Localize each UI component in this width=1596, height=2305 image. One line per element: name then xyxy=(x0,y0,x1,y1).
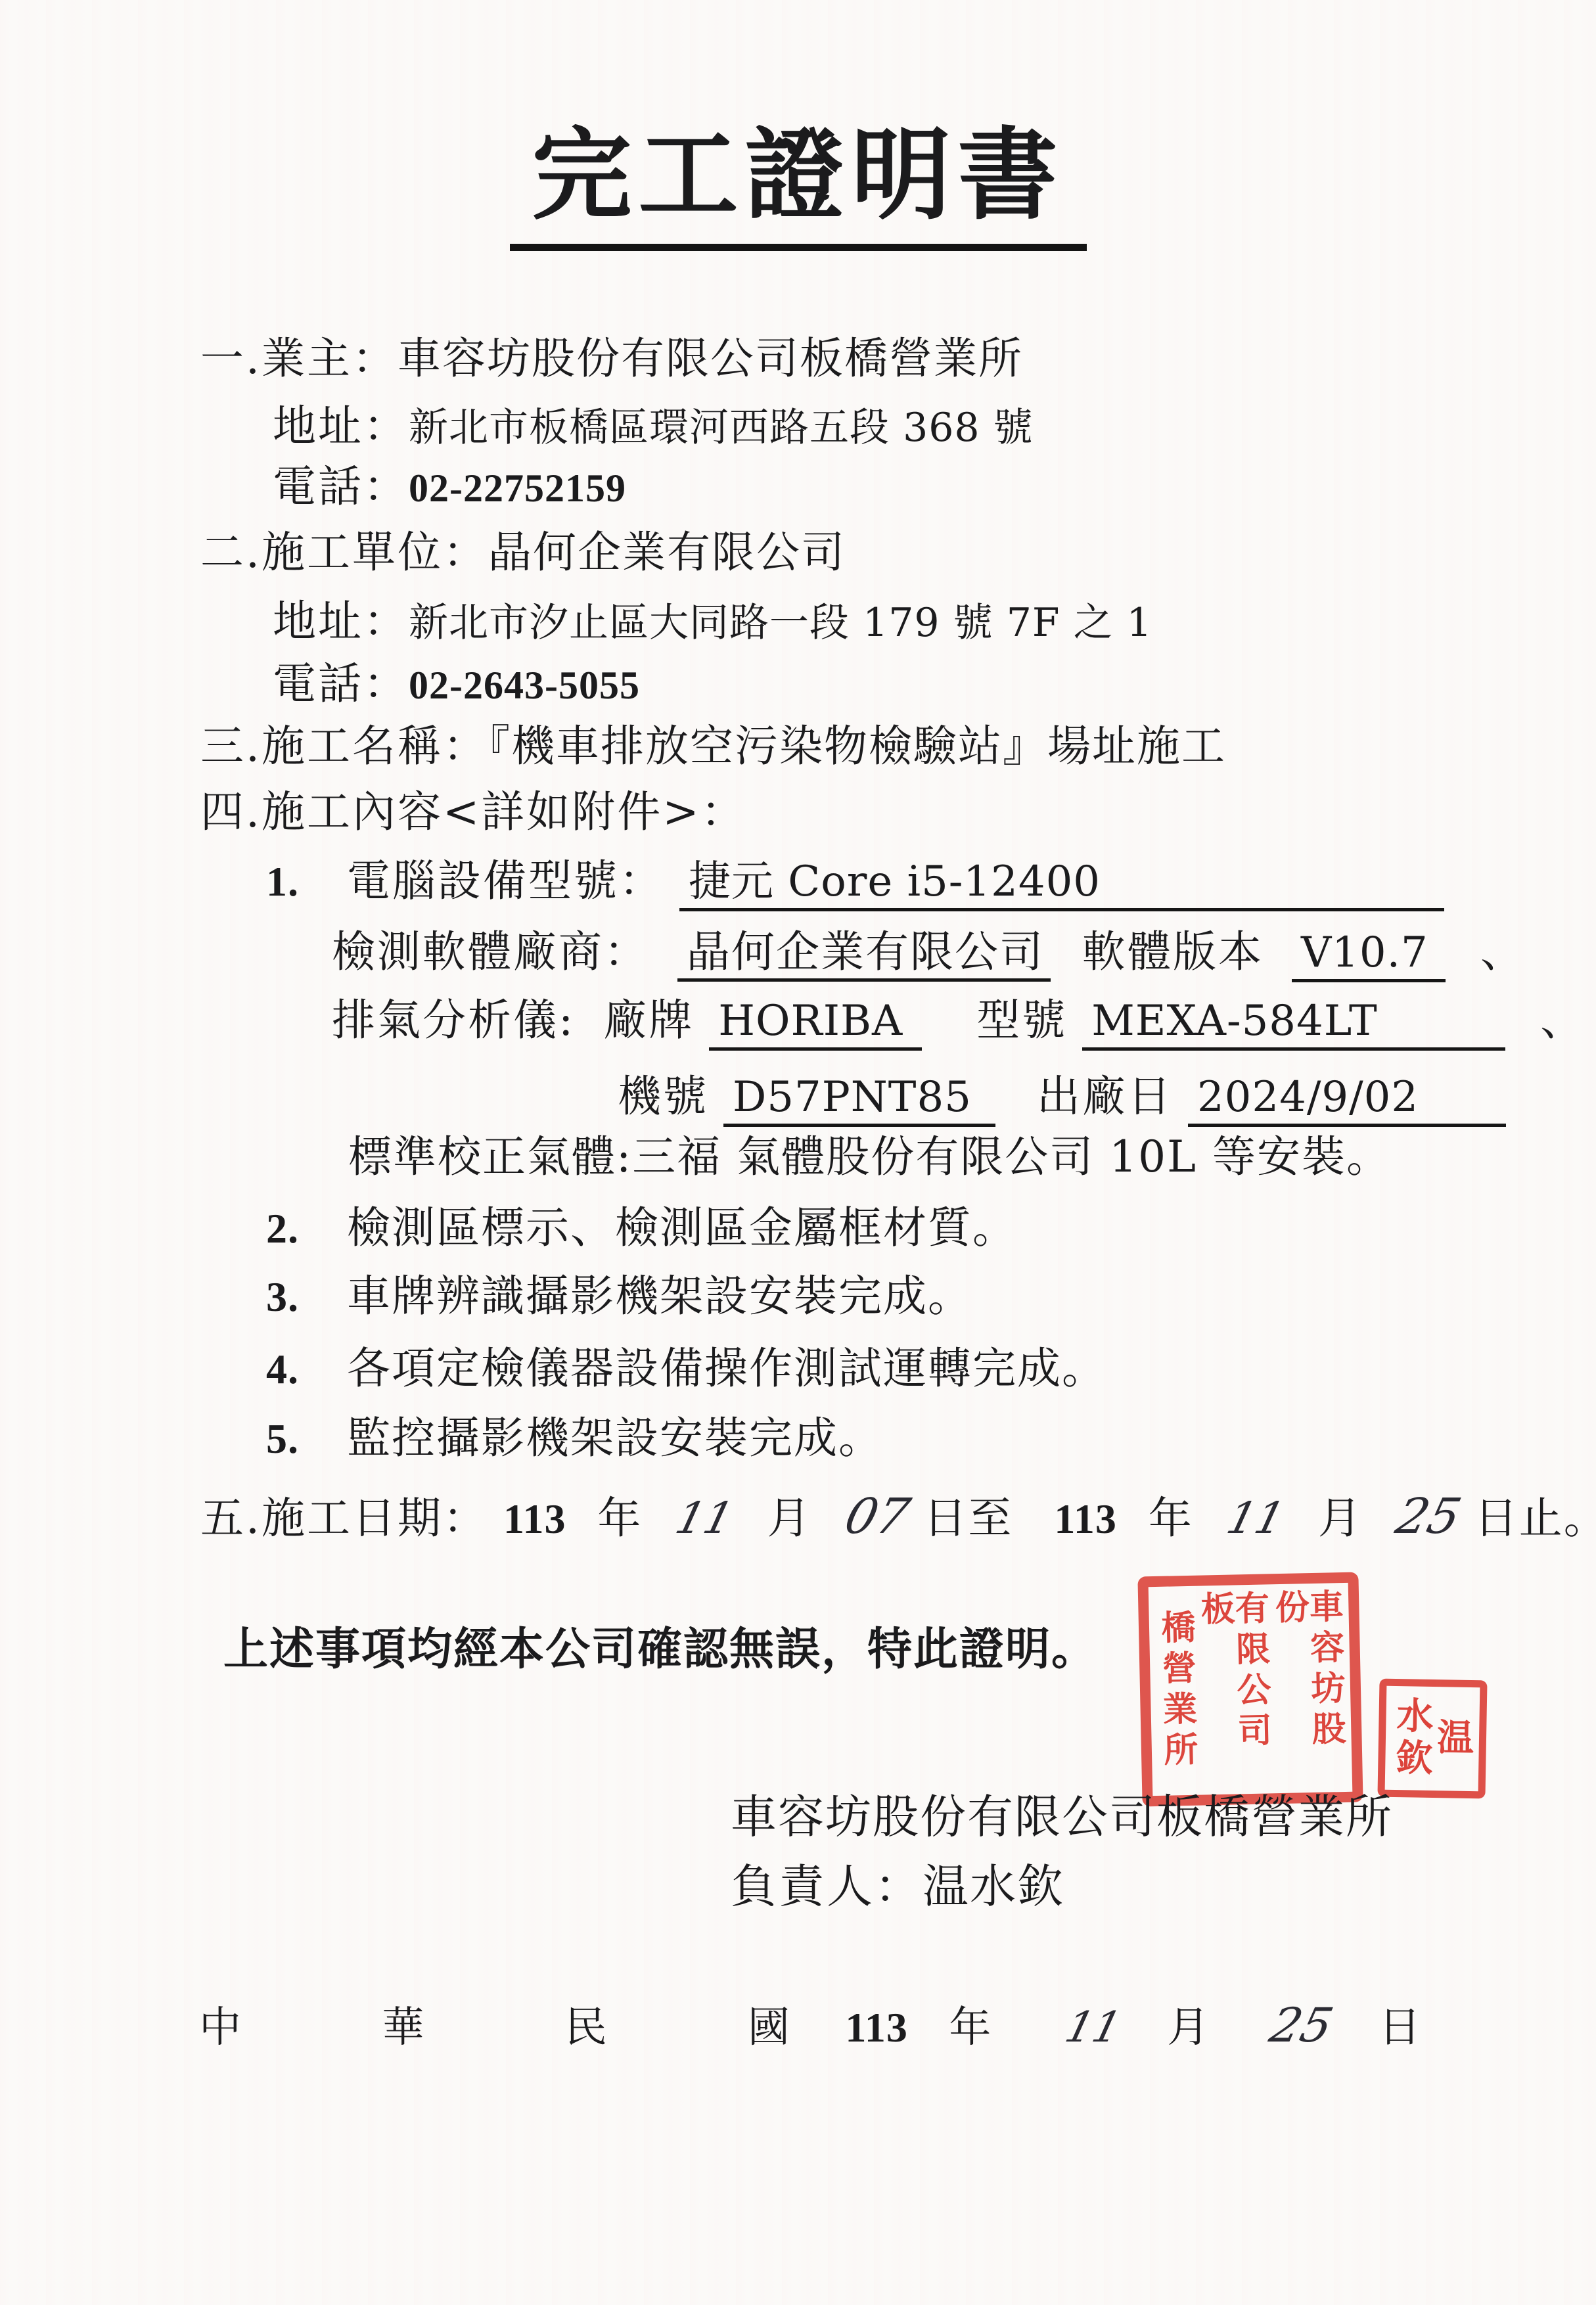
footer-year-unit: 年 xyxy=(949,2003,992,2052)
item4-text: 各項定檢儀器設備操作測試運轉完成。 xyxy=(347,1343,1106,1394)
item3-number: 3. xyxy=(266,1273,299,1320)
content-header-line: 四.施工內容<詳如附件>： xyxy=(200,785,746,840)
contractor-line: 二.施工單位：晶何企業有限公司 xyxy=(200,526,846,580)
item1-number: 1. xyxy=(266,858,299,905)
enumeration-comma-2: 、 xyxy=(1540,995,1585,1045)
period-year2: 113 xyxy=(1054,1495,1116,1542)
project-name-line: 三.施工名稱：『機車排放空污染物檢驗站』場址施工 xyxy=(200,719,1226,774)
period-month-unit-1: 月 xyxy=(767,1493,811,1543)
roc-char-2: 華 xyxy=(382,2003,425,2052)
period-month2-handwritten: 11 xyxy=(1221,1492,1290,1546)
roc-char-1: 中 xyxy=(199,2003,242,2052)
content-item-5: 5. 監控攝影機架設安裝完成。 xyxy=(266,1411,883,1466)
certificate-document: 完工證明書 一.業主：車容坊股份有限公司板橋營業所 地址：新北市板橋區環河西路五… xyxy=(0,0,1596,2305)
item4-number: 4. xyxy=(266,1346,299,1392)
owner-line: 一.業主：車容坊股份有限公司板橋營業所 xyxy=(200,332,1023,386)
software-vendor-label: 檢測軟體廠商： xyxy=(332,926,649,977)
owner-phone-label: 電話： xyxy=(273,461,409,512)
company-seal-column-3: 橋營業所 xyxy=(1157,1609,1195,1773)
footer-year: 113 xyxy=(845,2004,907,2051)
footer-day-unit: 日 xyxy=(1379,2003,1422,2052)
item1-software-line: 檢測軟體廠商： 晶何企業有限公司 軟體版本 V10.7 、 xyxy=(332,925,1525,982)
roc-char-3: 民 xyxy=(565,2003,608,2052)
software-version-value: V10.7 xyxy=(1292,929,1446,982)
confirmation-text: 上述事項均經本公司確認無誤，特此證明。 xyxy=(223,1623,1097,1676)
owner-phone-line: 電話：02-22752159 xyxy=(273,460,626,514)
company-seal-column-1: 車容坊股份 xyxy=(1271,1588,1344,1788)
owner-phone-value: 02-22752159 xyxy=(409,467,626,510)
item2-text: 檢測區標示、檢測區金屬框材質。 xyxy=(347,1202,1017,1253)
document-page: { "title": "完工證明書", "owner": { "label": … xyxy=(0,0,1596,2305)
contractor-address-line: 地址：新北市汐止區大同路一段 179 號 7F 之 1 xyxy=(273,595,1152,649)
period-label: 五.施工日期： xyxy=(200,1493,488,1543)
content-header-label: 四.施工內容<詳如附件>： xyxy=(200,787,746,837)
owner-address-line: 地址：新北市板橋區環河西路五段 368 號 xyxy=(273,399,1034,454)
document-title-row: 完工證明書 xyxy=(0,120,1596,251)
computer-model-value: 捷元 Core i5-12400 xyxy=(679,858,1444,911)
contractor-address-label: 地址： xyxy=(273,596,409,647)
name-seal-column-1: 温 xyxy=(1434,1718,1471,1760)
period-end: 日止。 xyxy=(1474,1493,1596,1543)
footer-month-unit: 月 xyxy=(1167,2003,1210,2052)
name-seal-stamp: 温 水欽 xyxy=(1377,1679,1487,1799)
content-item-3: 3. 車牌辨識攝影機架設安裝完成。 xyxy=(266,1269,972,1324)
item1-serial-line: 機號 D57PNT85 出廠日 2024/9/02 xyxy=(618,1070,1506,1127)
footer-month-handwritten: 11 xyxy=(1060,2001,1126,2054)
item1-gas-line: 標準校正氣體:三福 氣體股份有限公司 10L 等安裝。 xyxy=(348,1130,1391,1185)
period-month1-handwritten: 11 xyxy=(670,1492,739,1546)
representative-name: 温水欽 xyxy=(923,1860,1064,1913)
representative-label: 負責人： xyxy=(731,1860,923,1913)
item3-text: 車牌辨識攝影機架設安裝完成。 xyxy=(347,1271,972,1321)
owner-label: 一.業主： xyxy=(200,333,398,384)
company-seal-stamp: 車容坊股份 有限公司板 橋營業所 xyxy=(1137,1572,1363,1807)
contractor-phone-line: 電話：02-2643-5055 xyxy=(273,657,640,712)
signature-company: 車容坊股份有限公司板橋營業所 xyxy=(731,1790,1393,1844)
signature-company-line: 車容坊股份有限公司板橋營業所 xyxy=(731,1789,1393,1846)
item2-number: 2. xyxy=(266,1205,299,1252)
owner-address-value: 新北市板橋區環河西路五段 368 號 xyxy=(409,405,1034,451)
model-label: 型號 xyxy=(976,995,1067,1045)
item5-number: 5. xyxy=(266,1415,299,1462)
period-year1: 113 xyxy=(503,1495,566,1542)
period-year-unit-1: 年 xyxy=(597,1493,642,1543)
item5-text: 監控攝影機架設安裝完成。 xyxy=(347,1413,883,1463)
content-item-2: 2. 檢測區標示、檢測區金屬框材質。 xyxy=(266,1201,1017,1256)
brand-value: HORIBA xyxy=(709,997,922,1051)
name-seal-column-2: 水欽 xyxy=(1393,1696,1431,1781)
footer-date-line: 中 華 民 國 113 年 11 月 25 日 xyxy=(199,1996,1422,2055)
serial-label: 機號 xyxy=(618,1071,708,1122)
computer-model-label: 電腦設備型號： xyxy=(347,856,664,906)
item1-analyzer-line: 排氣分析儀: 廠牌 HORIBA 型號 MEXA-584LT 、 xyxy=(332,993,1585,1051)
period-year-unit-2: 年 xyxy=(1149,1493,1193,1543)
model-value: MEXA-584LT xyxy=(1082,997,1505,1051)
signature-representative-line: 負責人：温水欽 xyxy=(731,1858,1064,1916)
contractor-phone-label: 電話： xyxy=(273,658,409,709)
enumeration-comma: 、 xyxy=(1480,926,1525,977)
item1-computer-line: 1. 電腦設備型號： 捷元 Core i5-12400 xyxy=(266,854,1444,911)
project-name-label: 三.施工名稱： xyxy=(200,721,488,771)
serial-value: D57PNT85 xyxy=(723,1074,995,1127)
period-month-unit-2: 月 xyxy=(1318,1493,1363,1543)
analyzer-label: 排氣分析儀: xyxy=(332,995,575,1045)
contractor-label: 二.施工單位： xyxy=(200,527,488,578)
period-line: 五.施工日期： 113 年 11 月 07 日至 113 年 11 月 25 日… xyxy=(200,1486,1596,1547)
software-version-label: 軟體版本 xyxy=(1082,926,1264,977)
gas-line-text: 標準校正氣體:三福 氣體股份有限公司 10L 等安裝。 xyxy=(348,1131,1391,1182)
footer-day-handwritten: 25 xyxy=(1264,1996,1338,2055)
period-mid: 日至 xyxy=(923,1493,1013,1543)
confirmation-statement: 上述事項均經本公司確認無誤，特此證明。 xyxy=(223,1622,1097,1677)
contractor-company: 晶何企業有限公司 xyxy=(488,527,846,578)
company-seal-column-2: 有限公司板 xyxy=(1197,1589,1269,1789)
brand-label: 廠牌 xyxy=(603,995,694,1045)
ship-date-value: 2024/9/02 xyxy=(1188,1074,1506,1127)
contractor-address-value: 新北市汐止區大同路一段 179 號 7F 之 1 xyxy=(409,600,1152,646)
project-name-value: 『機車排放空污染物檢驗站』場址施工 xyxy=(488,721,1226,771)
roc-char-4: 國 xyxy=(748,2003,791,2052)
owner-address-label: 地址： xyxy=(273,401,409,451)
period-day1-handwritten: 07 xyxy=(839,1486,916,1547)
page-title: 完工證明書 xyxy=(510,120,1087,251)
software-vendor-value: 晶何企業有限公司 xyxy=(677,927,1051,982)
contractor-phone-value: 02-2643-5055 xyxy=(409,664,640,707)
period-day2-handwritten: 25 xyxy=(1390,1486,1467,1547)
ship-date-label: 出廠日 xyxy=(1037,1071,1173,1122)
owner-company: 車容坊股份有限公司板橋營業所 xyxy=(398,333,1023,384)
content-item-4: 4. 各項定檢儀器設備操作測試運轉完成。 xyxy=(266,1342,1106,1396)
